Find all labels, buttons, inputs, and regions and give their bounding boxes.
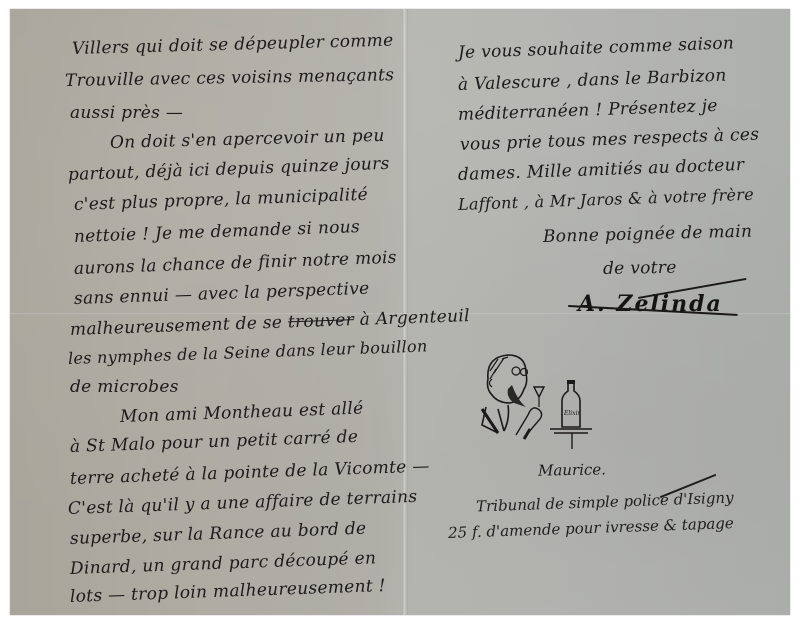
closing-line: de votre — [603, 258, 677, 279]
handwritten-line: Je vous souhaite comme saison — [458, 33, 735, 63]
handwritten-line: de microbes — [70, 377, 179, 397]
handwritten-line: superbe, sur la Rance au bord de — [70, 519, 367, 549]
handwritten-line: nettoie ! Je me demande si nous — [74, 217, 361, 247]
handwritten-line: c'est plus propre, la municipalité — [74, 185, 369, 215]
handwritten-line: les nymphes de la Seine dans leur bouill… — [68, 336, 428, 368]
handwritten-line: Laffont , à Mr Jaros & à votre frère — [458, 185, 755, 214]
handwritten-line: Villers qui doit se dépeupler comme — [72, 31, 394, 59]
handwritten-line: aurons la chance de finir notre mois — [74, 248, 397, 279]
caricature-sketch: Elixir — [468, 349, 618, 449]
handwritten-text: malheureusement de se — [70, 313, 283, 340]
handwritten-line: dames. Mille amitiés au docteur — [458, 155, 745, 185]
handwritten-line: méditerranéen ! Présentez je — [458, 96, 718, 125]
handwritten-line: aussi près — — [70, 103, 183, 123]
letter-sheet: Villers qui doit se dépeupler comme Trou… — [10, 9, 790, 615]
handwritten-line: terre acheté à la pointe de la Vicomte — — [70, 456, 430, 489]
sketch-caption-name: Maurice. — [538, 460, 606, 479]
handwritten-line: C'est là qu'il y a une affaire de terrai… — [68, 487, 418, 519]
closing-line: Bonne poignée de main — [543, 222, 753, 247]
struck-word: trouver — [288, 310, 355, 332]
left-page: Villers qui doit se dépeupler comme Trou… — [10, 9, 402, 615]
handwritten-line: à Valescure , dans le Barbizon — [458, 66, 727, 95]
sketch-caption-line: Tribunal de simple police d'Isigny — [476, 489, 734, 516]
handwritten-line: Mon ami Montheau est allé — [120, 399, 364, 427]
handwritten-line: lots — trop loin malheureusement ! — [70, 576, 386, 607]
handwritten-line: On doit s'en apercevoir un peu — [110, 126, 385, 153]
svg-text:Elixir: Elixir — [563, 410, 582, 417]
handwritten-line: à St Malo pour un petit carré de — [70, 427, 359, 457]
sketch-caption-line: 25 f. d'amende pour ivresse & tapage — [448, 514, 734, 542]
right-page: Je vous souhaite comme saison à Valescur… — [408, 9, 790, 615]
handwritten-line: partout, déjà ici depuis quinze jours — [68, 154, 390, 185]
handwritten-line: sans ennui — avec la perspective — [74, 279, 370, 309]
handwritten-line: vous prie tous mes respects à ces — [460, 125, 760, 155]
handwritten-line: Dinard, un grand parc découpé en — [70, 548, 377, 579]
handwritten-line: Trouville avec ces voisins menaçants — [65, 65, 395, 91]
